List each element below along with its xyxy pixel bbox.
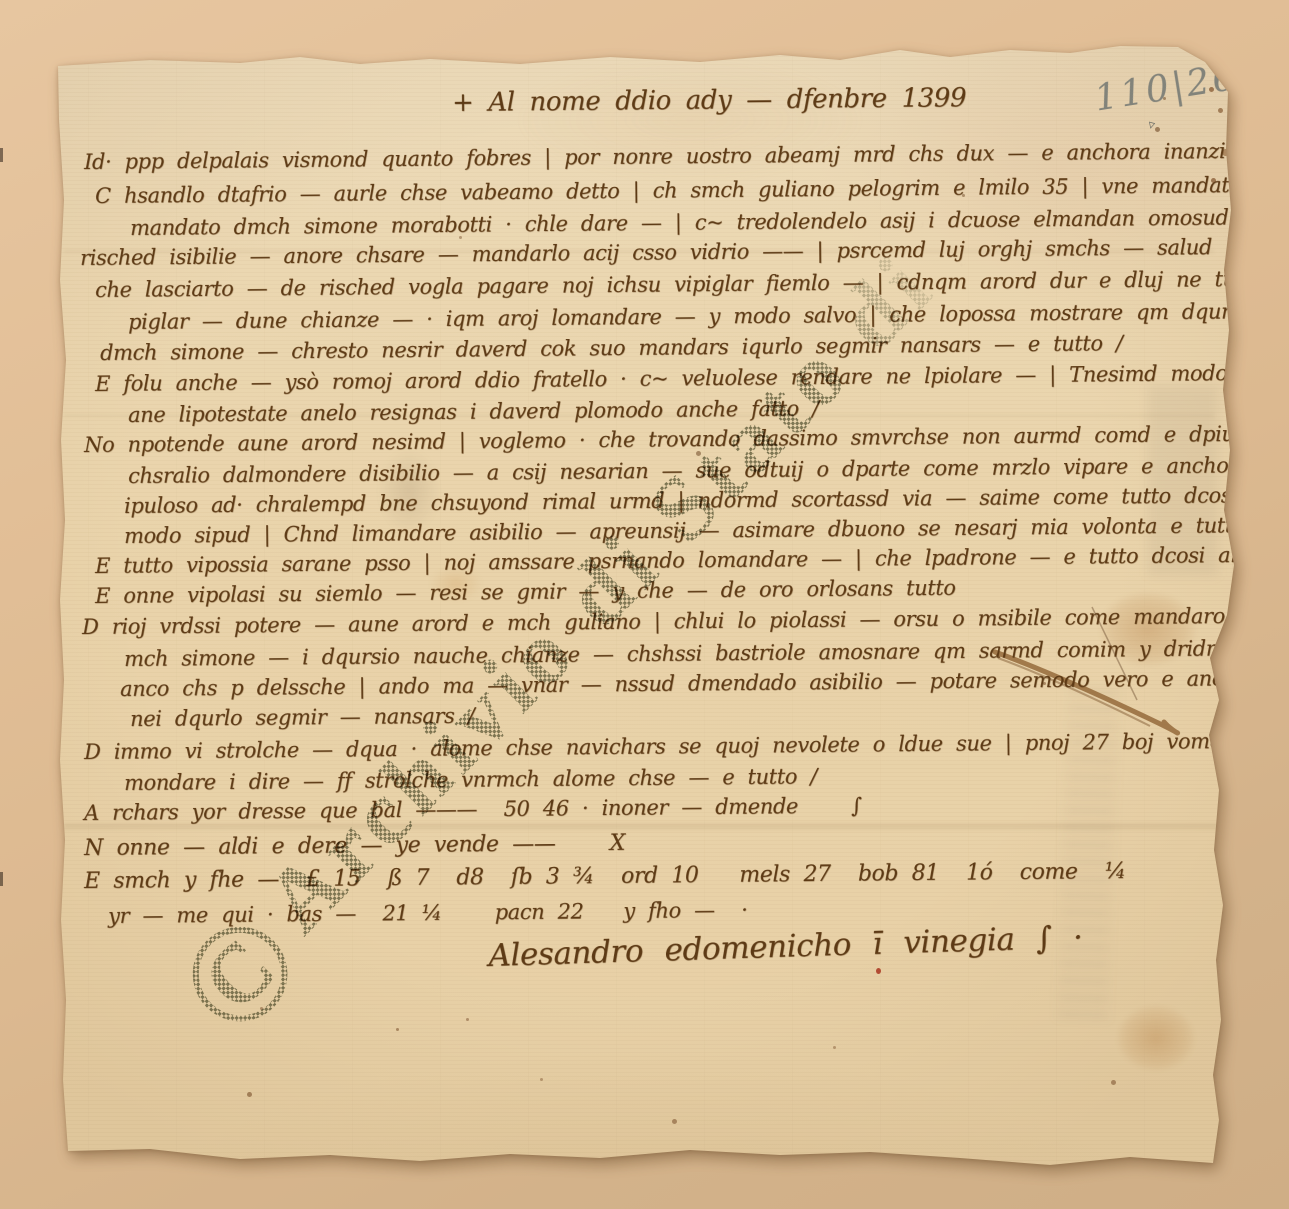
ink-specks bbox=[0, 0, 3, 3]
manuscript-scan: + Al nome ddio ady — dfenbre 1399 Id· pp… bbox=[0, 0, 1289, 1209]
heading-line: + Al nome ddio ady — dfenbre 1399 bbox=[452, 85, 966, 116]
manuscript-paper: + Al nome ddio ady — dfenbre 1399 Id· pp… bbox=[0, 0, 1289, 1209]
paper-shadow: + Al nome ddio ady — dfenbre 1399 Id· pp… bbox=[0, 0, 1289, 1209]
